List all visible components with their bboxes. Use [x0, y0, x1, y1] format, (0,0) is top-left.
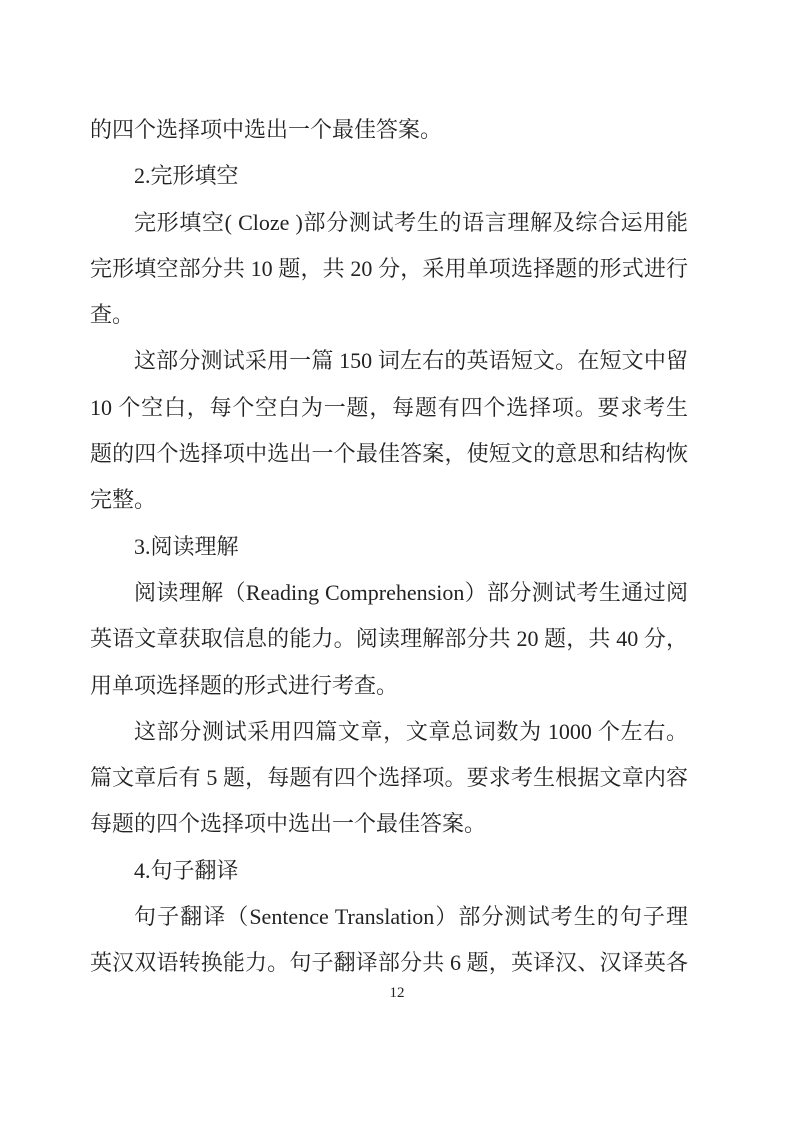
text-line: 查。 [90, 292, 688, 338]
document-page: 的四个选择项中选出一个最佳答案。2.完形填空完形填空( Cloze )部分测试考… [0, 0, 794, 1122]
section-heading: 4.句子翻译 [90, 848, 688, 894]
text-line: 阅读理解（Reading Comprehension）部分测试考生通过阅读 [90, 570, 688, 616]
section-heading: 3.阅读理解 [90, 524, 688, 570]
text-line: 完形填空( Cloze )部分测试考生的语言理解及综合运用能力。 [90, 200, 688, 246]
document-body: 的四个选择项中选出一个最佳答案。2.完形填空完形填空( Cloze )部分测试考… [90, 107, 688, 987]
text-line: 用单项选择题的形式进行考查。 [90, 663, 688, 709]
text-line: 这部分测试采用四篇文章，文章总词数为 1000 个左右。每 [90, 709, 688, 755]
text-line: 句子翻译（Sentence Translation）部分测试考生的句子理解和 [90, 894, 688, 940]
page-number: 12 [0, 985, 794, 1002]
text-line: 完整。 [90, 477, 688, 523]
text-line: 篇文章后有 5 题，每题有四个选择项。要求考生根据文章内容从 [90, 755, 688, 801]
section-heading: 2.完形填空 [90, 153, 688, 199]
text-line: 英汉双语转换能力。句子翻译部分共 6 题，英译汉、汉译英各 3 [90, 940, 688, 986]
text-line: 的四个选择项中选出一个最佳答案。 [90, 107, 688, 153]
text-line: 英语文章获取信息的能力。阅读理解部分共 20 题，共 40 分，采 [90, 616, 688, 662]
text-line: 10 个空白，每个空白为一题，每题有四个选择项。要求考生从每 [90, 385, 688, 431]
text-line: 这部分测试采用一篇 150 词左右的英语短文。在短文中留出 [90, 338, 688, 384]
text-line: 题的四个选择项中选出一个最佳答案，使短文的意思和结构恢复 [90, 431, 688, 477]
text-line: 完形填空部分共 10 题，共 20 分，采用单项选择题的形式进行考 [90, 246, 688, 292]
text-line: 每题的四个选择项中选出一个最佳答案。 [90, 801, 688, 847]
